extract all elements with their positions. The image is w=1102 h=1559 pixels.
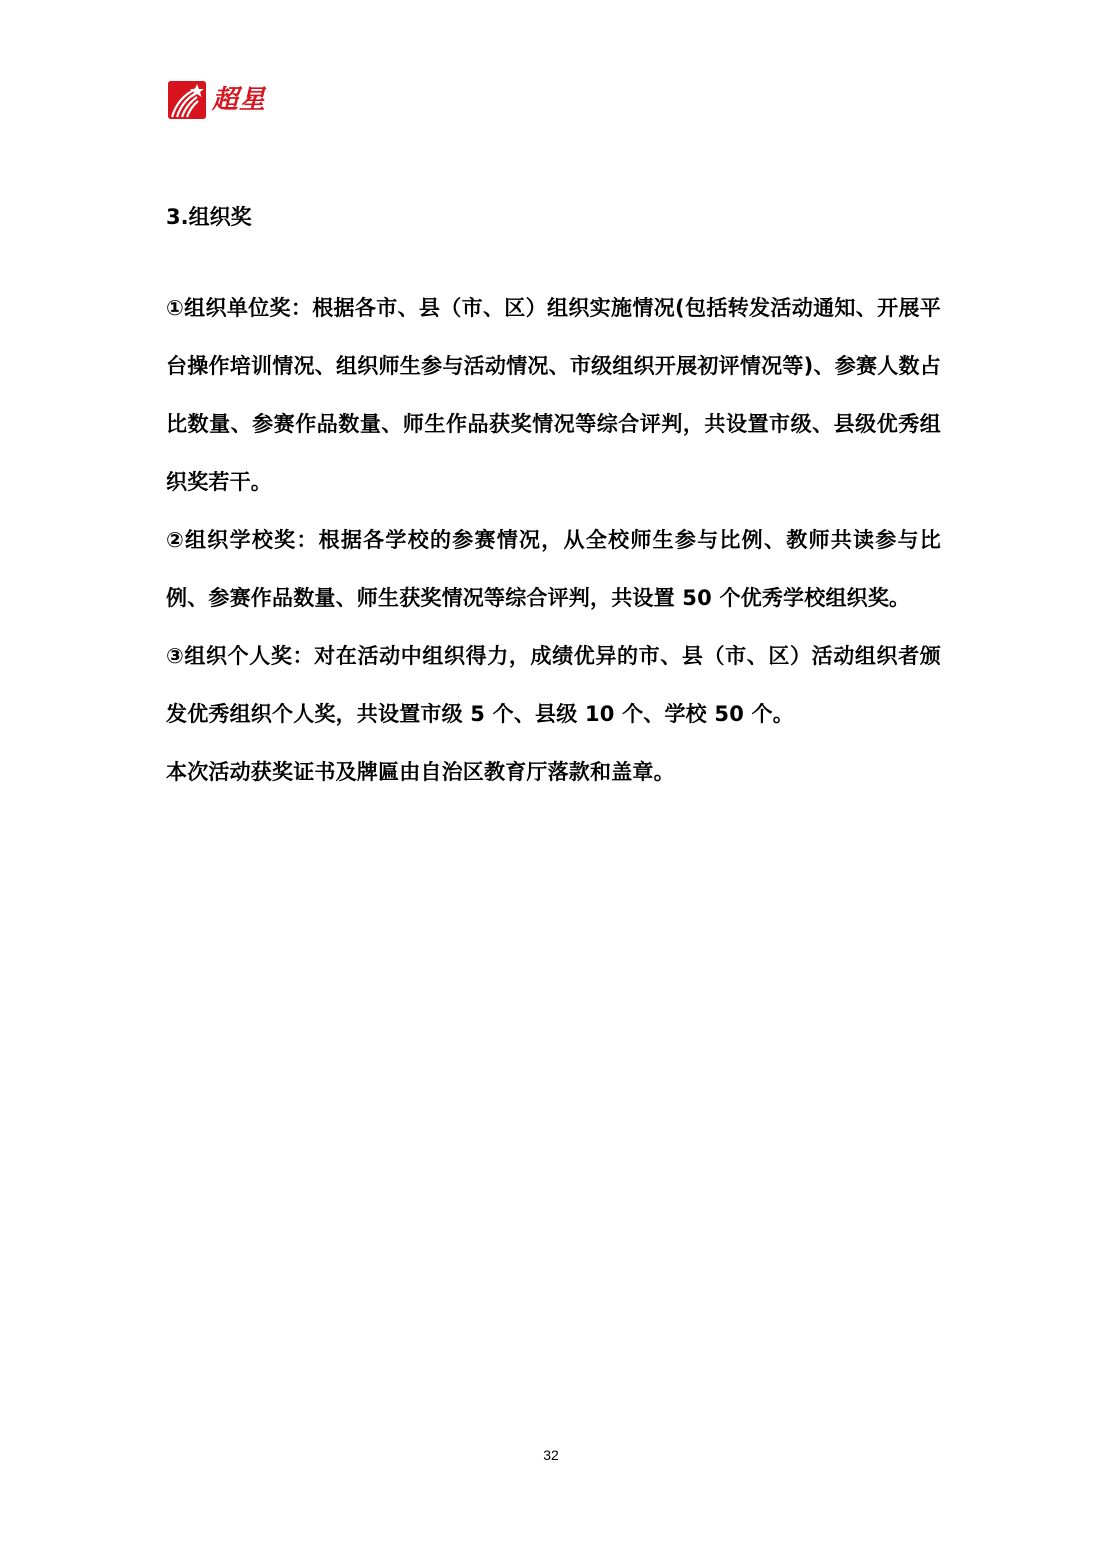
page-number: 32 xyxy=(0,1447,1102,1463)
chaoxing-logo-icon xyxy=(168,81,206,119)
section-heading: 3.组织奖 xyxy=(166,197,941,237)
paragraph-organizing-unit-award: ①组织单位奖：根据各市、县（市、区）组织实施情况(包括转发活动通知、开展平台操作… xyxy=(166,279,941,511)
paragraph-organizing-individual-award: ③组织个人奖：对在活动中组织得力，成绩优异的市、县（市、区）活动组织者颁发优秀组… xyxy=(166,627,941,743)
logo-text: 超星 xyxy=(212,81,266,119)
document-body: 3.组织奖 ①组织单位奖：根据各市、县（市、区）组织实施情况(包括转发活动通知、… xyxy=(166,197,941,801)
paragraph-certificate-note: 本次活动获奖证书及牌匾由自治区教育厅落款和盖章。 xyxy=(166,743,941,801)
header-logo: 超星 xyxy=(168,81,266,119)
paragraph-organizing-school-award: ②组织学校奖：根据各学校的参赛情况，从全校师生参与比例、教师共读参与比例、参赛作… xyxy=(166,511,941,627)
